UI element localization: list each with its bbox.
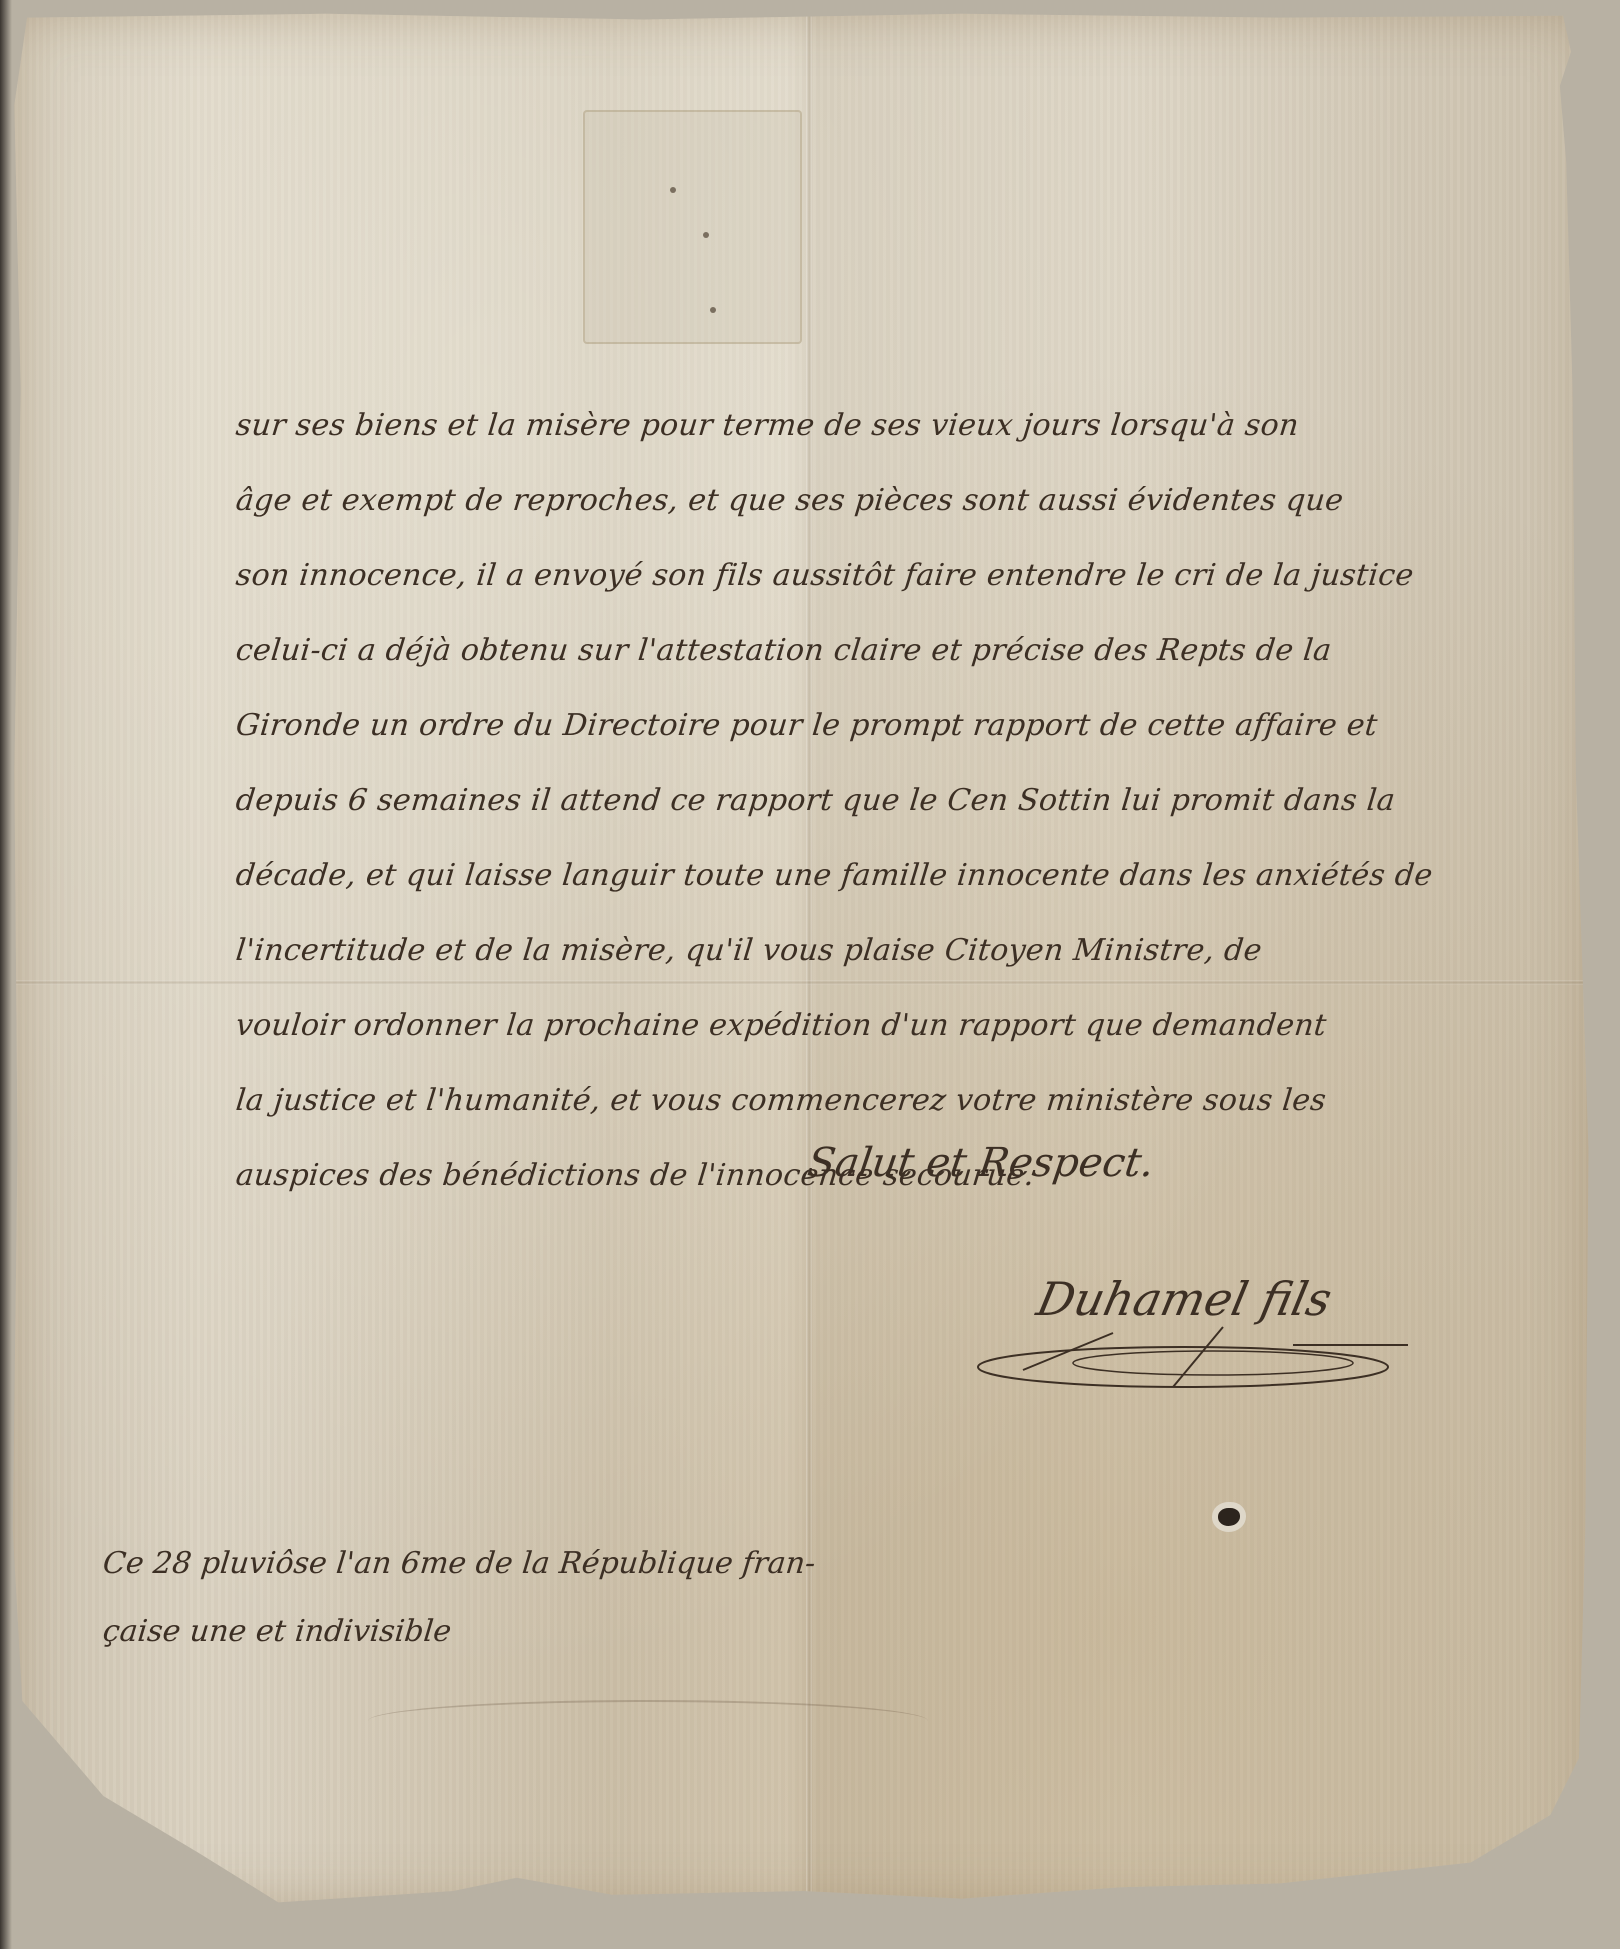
- body-line-4: celui-ci a déjà obtenu sur l'attestation…: [232, 613, 1600, 688]
- ink-blot: [1218, 1508, 1240, 1526]
- ink-smudge: [368, 1700, 928, 1742]
- stamp-dot: [710, 307, 716, 313]
- body-line-1: sur ses biens et la misère pour terme de…: [232, 388, 1600, 463]
- letter-body: sur ses biens et la misère pour terme de…: [236, 388, 1596, 1213]
- body-line-8: l'incertitude et de la misère, qu'il vou…: [232, 913, 1600, 988]
- date-line: Ce 28 pluviôse l'an 6me de la République…: [103, 1530, 815, 1666]
- body-line-6: depuis 6 semaines il attend ce rapport q…: [232, 763, 1600, 838]
- body-line-9: vouloir ordonner la prochaine expédition…: [232, 988, 1600, 1063]
- closing-salutation: Salut et Respect.: [805, 1140, 1157, 1186]
- signature-flourish-icon: [963, 1325, 1423, 1405]
- manuscript-sheet: sur ses biens et la misère pour terme de…: [8, 10, 1598, 1910]
- body-line-2: âge et exempt de reproches, et que ses p…: [232, 463, 1600, 538]
- date-line-1: Ce 28 pluviôse l'an 6me de la République…: [99, 1530, 818, 1598]
- body-line-10: la justice et l'humanité, et vous commen…: [232, 1063, 1600, 1138]
- body-line-7: décade, et qui laisse languir toute une …: [232, 838, 1600, 913]
- signature: Duhamel fils: [1032, 1272, 1336, 1326]
- photo-edge-shadow: [0, 0, 12, 1949]
- stamp-dot: [670, 187, 676, 193]
- stamp-dot: [703, 232, 709, 238]
- body-line-3: son innocence, il a envoyé son fils auss…: [232, 538, 1600, 613]
- stamp-impression: [583, 110, 802, 344]
- body-line-5: Gironde un ordre du Directoire pour le p…: [232, 688, 1600, 763]
- date-line-2: çaise une et indivisible: [99, 1598, 818, 1666]
